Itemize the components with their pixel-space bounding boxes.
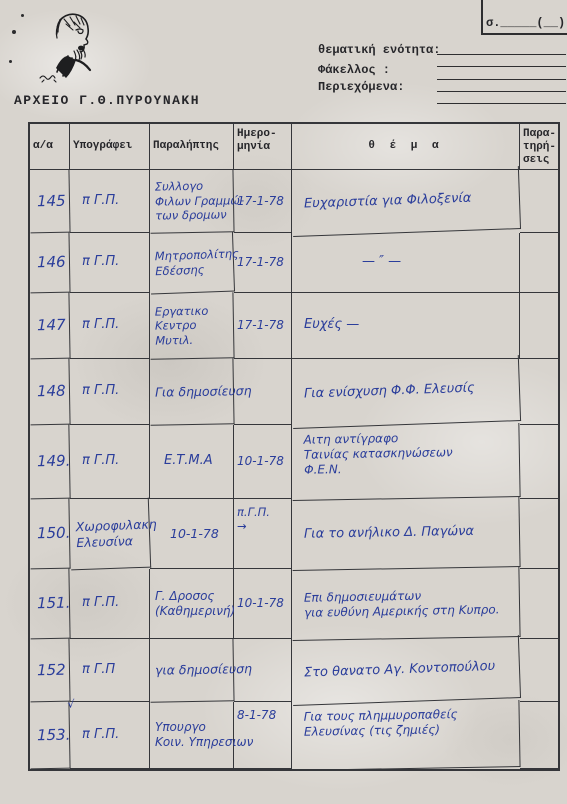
register-table: α/α Υπογράφει Παραλήπτης Ημερο- μηνία θ … xyxy=(28,122,560,771)
row-notes xyxy=(520,639,558,702)
row-theme: Επι δημοσιευμάτων για ευθύνη Αμερικής στ… xyxy=(291,567,520,641)
row-recipient: Εργατικο Κεντρο Μυτιλ. xyxy=(149,292,234,359)
row-date: π.Γ.Π. → xyxy=(234,499,292,569)
row-recipient: Υπουργο Κοιν. Υπηρεσιων xyxy=(150,702,234,769)
col-header-notes: Παρα- τηρή- σεις xyxy=(520,124,558,170)
row-recipient: για δημοσίευση xyxy=(149,638,234,702)
row-date: 17-1-78 xyxy=(234,170,292,233)
row-notes xyxy=(520,569,558,639)
row-notes xyxy=(520,293,558,359)
row-date: 17-1-78 xyxy=(234,233,292,293)
row-signer: π Γ.Π. xyxy=(70,569,150,639)
row-number: 149. xyxy=(29,425,70,500)
row-date: 10-1-78 xyxy=(234,569,292,639)
row-theme: Για το ανήλικο Δ. Παγώνα xyxy=(291,497,520,571)
row-recipient: Για δημοσίευση xyxy=(149,358,234,425)
row-signer: π Γ.Π. xyxy=(70,293,150,359)
scan-speck xyxy=(12,30,16,34)
row-signer: π Γ.Π xyxy=(70,639,150,702)
scan-speck xyxy=(9,60,12,63)
thematic-unit-label: θεματική ενότητα: xyxy=(318,43,440,57)
row-signer: π Γ.Π. xyxy=(70,170,150,233)
row-theme: — ″ — xyxy=(292,233,520,293)
row-notes xyxy=(520,702,558,769)
row-recipient: Γ. Δροσος (Καθημερινή) xyxy=(150,569,234,639)
row-theme: Αιτη αντίγραφο Ταινίας κατασκηνώσεων Φ.Ε… xyxy=(291,423,520,501)
row-theme: Ευχαριστία για Φιλοξενία xyxy=(291,166,521,237)
blank-line xyxy=(437,66,566,67)
row-theme: Για τους πλημμυροπαθείς Ελευσίνας (τις ζ… xyxy=(291,700,520,771)
folder-label: Φάκελλος : xyxy=(318,63,390,77)
row-number: 148 xyxy=(29,359,70,426)
col-header-date: Ημερο- μηνία xyxy=(234,124,292,170)
col-header-theme: θ έ μ α xyxy=(292,124,520,170)
scanned-archive-page: ΑΡΧΕΙΟ Γ.Θ.ΠΥΡΟΥΝΑΚΗ σ._____(__) θεματικ… xyxy=(0,0,567,804)
contents-label: Περιεχόμενα: xyxy=(318,80,404,94)
row-notes xyxy=(520,499,558,569)
row-number-text: 153. xyxy=(37,725,71,744)
row-signer: π Γ.Π. xyxy=(70,425,150,499)
row-signer: π Γ.Π. xyxy=(70,702,150,769)
row-date xyxy=(234,359,292,425)
row-recipient: Συλλογο Φιλων Γραμμώ- των δρομων xyxy=(149,169,234,233)
page-number-label: σ._____(__) xyxy=(486,16,565,30)
row-signer: π Γ.Π. xyxy=(70,359,150,425)
blank-line xyxy=(437,103,566,104)
row-recipient: 10-1-78 xyxy=(150,499,234,569)
row-recipient: Μητροπολίτης Εδέσσης xyxy=(149,232,235,295)
row-signer: Χωροφυλακη Ελευσίνα xyxy=(69,498,151,571)
scan-speck xyxy=(21,14,24,17)
col-header-recipient: Παραλήπτης xyxy=(150,124,234,170)
row-date: 10-1-78 xyxy=(234,425,292,499)
row-recipient: Ε.Τ.Μ.Α xyxy=(150,425,234,499)
blank-line xyxy=(437,91,566,92)
row-number: 152 xyxy=(29,639,70,703)
row-date: 17-1-78 xyxy=(234,293,292,359)
row-notes xyxy=(520,425,558,499)
row-notes xyxy=(520,359,558,425)
row-date: 8-1-78 xyxy=(234,702,292,769)
row-theme: Ευχές — xyxy=(292,293,520,359)
page-number-box: σ._____(__) xyxy=(481,0,567,35)
row-date xyxy=(234,639,292,702)
row-notes xyxy=(520,170,558,233)
row-number: 145 xyxy=(29,170,70,234)
row-signer: π Γ.Π. xyxy=(70,233,150,293)
row-number: 153. √ xyxy=(29,702,70,770)
col-header-aa: α/α xyxy=(30,124,70,170)
row-number: 146 xyxy=(29,233,70,294)
row-number: 150. xyxy=(29,499,70,570)
portrait-sketch-icon xyxy=(30,6,108,90)
blank-line xyxy=(437,54,566,55)
row-theme: Στο θανατο Αγ. Κοντοπούλου xyxy=(291,635,521,706)
row-notes xyxy=(520,233,558,293)
row-number: 147 xyxy=(29,293,70,360)
archive-title: ΑΡΧΕΙΟ Γ.Θ.ΠΥΡΟΥΝΑΚΗ xyxy=(14,93,200,108)
blank-line xyxy=(437,79,566,80)
row-number: 151. xyxy=(29,569,70,640)
row-theme: Για ενίσχυση Φ.Φ. Ελευσίς xyxy=(291,355,521,429)
col-header-signer: Υπογράφει xyxy=(70,124,150,170)
